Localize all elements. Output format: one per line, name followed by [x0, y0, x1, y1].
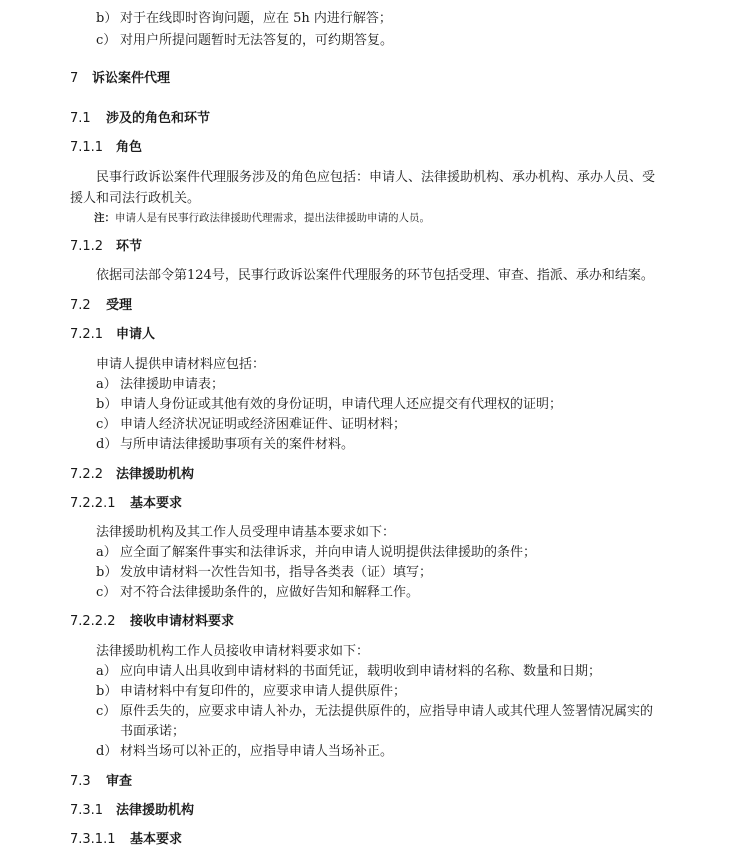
- section-heading-7-3: 7.3审查: [70, 773, 132, 791]
- section-heading-7-2-2-2: 7.2.2.2接收申请材料要求: [70, 613, 234, 631]
- list-label: a）: [96, 376, 120, 394]
- section-heading-7-1-1: 7.1.1角色: [70, 139, 142, 157]
- list-label: a）: [96, 663, 120, 681]
- section-number: 7.1.2: [70, 238, 116, 256]
- list-text: 对于在线即时咨询问题，应在 5h 内进行解答；: [120, 11, 392, 26]
- section-title: 接收申请材料要求: [130, 614, 234, 629]
- list-text: 原件丢失的，应要求申请人补办，无法提供原件的，应指导申请人或其代理人签署情况属实…: [120, 704, 653, 719]
- section-heading-7-1-2: 7.1.2环节: [70, 238, 142, 256]
- section-title: 基本要求: [130, 496, 182, 511]
- list-label: c）: [96, 32, 120, 50]
- section-title: 申请人: [116, 327, 155, 342]
- list-item: c）对用户所提问题暂时无法答复的，可约期答复。: [96, 32, 393, 50]
- paragraph-line: 援人和司法行政机关。: [70, 190, 200, 208]
- list-label: c）: [96, 584, 120, 602]
- section-number: 7.3.1.1: [70, 831, 130, 849]
- list-text: 申请材料中有复印件的，应要求申请人提供原件；: [120, 684, 406, 699]
- section-title: 受理: [106, 298, 132, 313]
- list-item: d）材料当场可以补正的，应指导申请人当场补正。: [96, 743, 393, 761]
- note-text: 申请人是有民事行政法律援助代理需求，提出法律援助申请的人员。: [115, 212, 430, 224]
- list-item: b）申请材料中有复印件的，应要求申请人提供原件；: [96, 683, 406, 701]
- section-number: 7.2.2.1: [70, 495, 130, 513]
- list-text: 与所申请法律援助事项有关的案件材料。: [120, 437, 354, 452]
- section-number: 7.2.2: [70, 466, 116, 484]
- section-number: 7.3.1: [70, 802, 116, 820]
- section-heading-7: 7诉讼案件代理: [70, 70, 170, 88]
- list-text: 材料当场可以补正的，应指导申请人当场补正。: [120, 744, 393, 759]
- section-heading-7-2: 7.2受理: [70, 297, 132, 315]
- section-number: 7.2.1: [70, 326, 116, 344]
- list-item: b）申请人身份证或其他有效的身份证明，申请代理人还应提交有代理权的证明；: [96, 396, 562, 414]
- paragraph-line: 法律援助机构工作人员接收申请材料要求如下：: [96, 643, 369, 661]
- paragraph-line: 依据司法部令第124号，民事行政诉讼案件代理服务的环节包括受理、审查、指派、承办…: [96, 267, 654, 285]
- paragraph-line: 法律援助机构及其工作人员受理申请基本要求如下：: [96, 524, 395, 542]
- list-label: d）: [96, 743, 120, 761]
- document-page: b）对于在线即时咨询问题，应在 5h 内进行解答； c）对用户所提问题暂时无法答…: [0, 0, 750, 867]
- list-text: 对用户所提问题暂时无法答复的，可约期答复。: [120, 33, 393, 48]
- list-item: b）发放申请材料一次性告知书，指导各类表（证）填写；: [96, 564, 432, 582]
- section-heading-7-3-1: 7.3.1法律援助机构: [70, 802, 194, 820]
- paragraph-line: 民事行政诉讼案件代理服务涉及的角色应包括：申请人、法律援助机构、承办机构、承办人…: [96, 169, 655, 187]
- section-heading-7-1: 7.1涉及的角色和环节: [70, 110, 210, 128]
- list-label: b）: [96, 396, 120, 414]
- section-number: 7.2.2.2: [70, 613, 130, 631]
- section-title: 涉及的角色和环节: [106, 111, 210, 126]
- note-label: 注：: [94, 212, 115, 224]
- section-number: 7.1.1: [70, 139, 116, 157]
- section-number: 7.2: [70, 297, 106, 315]
- list-text: 法律援助申请表；: [120, 377, 224, 392]
- section-title: 法律援助机构: [116, 467, 194, 482]
- section-title: 审查: [106, 774, 132, 789]
- list-label: b）: [96, 10, 120, 28]
- section-number: 7: [70, 70, 92, 88]
- list-text: 申请人经济状况证明或经济困难证件、证明材料；: [120, 417, 406, 432]
- list-item: c）对不符合法律援助条件的，应做好告知和解释工作。: [96, 584, 419, 602]
- list-item: a）应向申请人出具收到申请材料的书面凭证，载明收到申请材料的名称、数量和日期；: [96, 663, 601, 681]
- list-item: b）对于在线即时咨询问题，应在 5h 内进行解答；: [96, 10, 392, 28]
- list-label: c）: [96, 416, 120, 434]
- list-text: 发放申请材料一次性告知书，指导各类表（证）填写；: [120, 565, 432, 580]
- section-heading-7-3-1-1: 7.3.1.1基本要求: [70, 831, 182, 849]
- section-heading-7-2-1: 7.2.1申请人: [70, 326, 155, 344]
- section-title: 环节: [116, 239, 142, 254]
- section-number: 7.3: [70, 773, 106, 791]
- section-title: 法律援助机构: [116, 803, 194, 818]
- list-label: a）: [96, 544, 120, 562]
- list-label: b）: [96, 564, 120, 582]
- list-text: 应全面了解案件事实和法律诉求，并向申请人说明提供法律援助的条件；: [120, 545, 536, 560]
- list-item: d）与所申请法律援助事项有关的案件材料。: [96, 436, 354, 454]
- list-label: c）: [96, 703, 120, 721]
- note: 注：申请人是有民事行政法律援助代理需求，提出法律援助申请的人员。: [94, 209, 430, 227]
- list-item: c）原件丢失的，应要求申请人补办，无法提供原件的，应指导申请人或其代理人签署情况…: [96, 703, 653, 721]
- list-text: 申请人身份证或其他有效的身份证明，申请代理人还应提交有代理权的证明；: [120, 397, 562, 412]
- section-heading-7-2-2-1: 7.2.2.1基本要求: [70, 495, 182, 513]
- section-title: 基本要求: [130, 832, 182, 847]
- list-item: a）法律援助申请表；: [96, 376, 224, 394]
- section-number: 7.1: [70, 110, 106, 128]
- list-label: d）: [96, 436, 120, 454]
- paragraph-line: 申请人提供申请材料应包括：: [96, 356, 265, 374]
- section-title: 角色: [116, 140, 142, 155]
- list-label: b）: [96, 683, 120, 701]
- section-heading-7-2-2: 7.2.2法律援助机构: [70, 466, 194, 484]
- list-text: 应向申请人出具收到申请材料的书面凭证，载明收到申请材料的名称、数量和日期；: [120, 664, 601, 679]
- list-text-continued: 书面承诺；: [120, 723, 185, 741]
- section-title: 诉讼案件代理: [92, 71, 170, 86]
- list-item: a）应全面了解案件事实和法律诉求，并向申请人说明提供法律援助的条件；: [96, 544, 536, 562]
- list-text: 对不符合法律援助条件的，应做好告知和解释工作。: [120, 585, 419, 600]
- list-item: c）申请人经济状况证明或经济困难证件、证明材料；: [96, 416, 406, 434]
